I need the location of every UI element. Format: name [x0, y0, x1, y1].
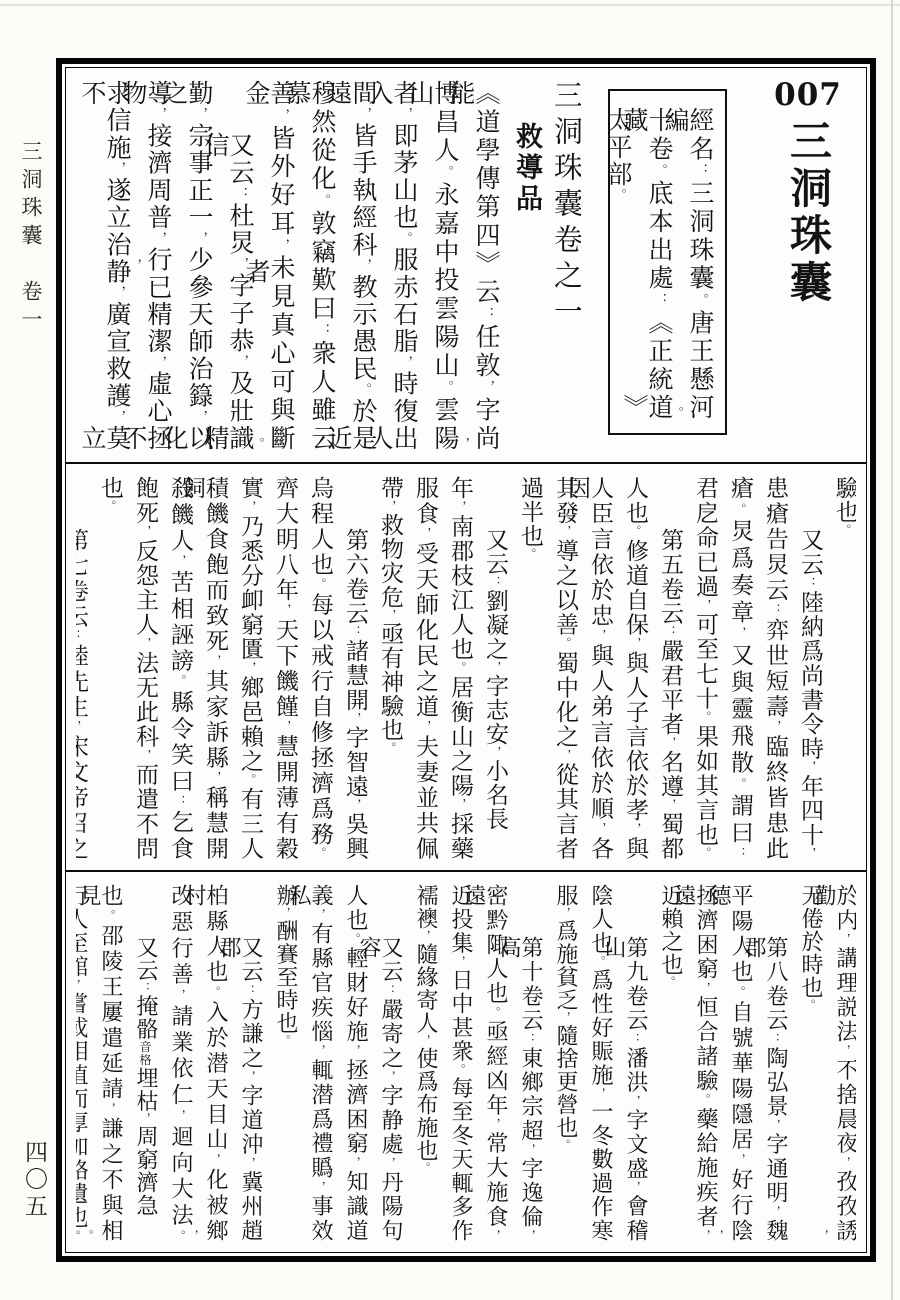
punctuation: 。 [628, 525, 642, 539]
text-column: 服食，受天師化民之道，夫妻並共佩 [410, 476, 436, 860]
punctuation: ， [816, 1230, 830, 1242]
punctuation: ， [838, 1045, 852, 1059]
text-column: 烏程人也。每以戒行自修拯濟爲務。 [305, 476, 331, 860]
punctuation: ， [698, 982, 712, 996]
text-column: 瘡。炅爲奏章，又與靈飛散。謂曰： [725, 476, 751, 860]
punctuation: 。 [652, 164, 667, 180]
punctuation: ， [488, 746, 502, 759]
punctuation: 。 [558, 637, 572, 651]
text-column: 義，有縣官疾惱，輒潜爲禮䞈，事效私 [305, 884, 331, 1242]
text-column: 十卷。底本出處：《正統道藏》 [643, 107, 672, 421]
punctuation: ， [453, 798, 467, 812]
punctuation: 。 [348, 933, 362, 947]
punctuation: 。 [488, 1006, 502, 1020]
punctuation: ， [208, 771, 222, 785]
punctuation: ， [698, 1230, 712, 1242]
text-column: 積饑食飽而致死，其家訴縣，稱慧開飼 [200, 476, 226, 860]
text-column: 第七卷云：陸先生，宋文帝召之 [76, 476, 86, 860]
page-frame-inner: 007 三洞珠囊 經名：三洞珠囊。唐王懸河編。十卷。底本出處：《正統道藏》太平部… [65, 67, 867, 1253]
punctuation: 。 [698, 711, 712, 725]
punctuation: ： [233, 187, 248, 202]
punctuation: ， [663, 798, 677, 811]
punctuation: ， [698, 599, 712, 613]
punctuation: 。 [698, 1094, 712, 1108]
punctuation: ， [313, 1181, 327, 1195]
punctuation: ， [278, 720, 292, 734]
punctuation: ， [593, 822, 607, 836]
punctuation: ： [315, 324, 330, 340]
punctuation: ， [243, 501, 257, 515]
punctuation: 。 [173, 1230, 187, 1242]
punctuation: ， [768, 1119, 782, 1133]
text-column: 《道學傳第四》云：任敦，字尚能， [470, 80, 499, 452]
punctuation: 。 [397, 231, 412, 246]
text-column: 第九卷云：潘洪，字文盛，會稽山 [620, 884, 646, 1242]
punctuation: ， [110, 410, 125, 425]
register-top: 007 三洞珠囊 經名：三洞珠囊。唐王懸河編。十卷。底本出處：《正統道藏》太平部… [66, 68, 866, 462]
punctuation: ： [479, 307, 494, 323]
punctuation: ， [733, 1153, 747, 1168]
punctuation: ， [768, 720, 782, 734]
punctuation: ， [356, 259, 371, 274]
punctuation: ， [138, 1112, 152, 1124]
text-column: 君戹命已過，可至七十。果如其言也。 [690, 476, 716, 860]
punctuation: ， [278, 907, 292, 919]
punctuation: ， [628, 637, 642, 651]
punctuation: ， [110, 286, 125, 301]
punctuation: ， [593, 629, 607, 643]
section-title: 救導品 [511, 80, 540, 452]
text-column: 拯濟困窮，恒合諸驗。藥給施疾者，遠 [690, 884, 716, 1242]
punctuation: ， [397, 355, 412, 370]
text-column: 第五卷云：嚴君平者，名遵，蜀都 [655, 476, 681, 860]
punctuation: 。 [438, 165, 453, 181]
punctuation: ， [138, 749, 152, 763]
text-column: 近投集，日中甚衆。每至冬天輒多作 [445, 884, 471, 1242]
punctuation: ， [208, 1153, 222, 1168]
punctuation: ， [138, 637, 152, 651]
text-column: 間，皆手執經科，教示愚民。於是遠近 [347, 80, 376, 452]
page-frame: 007 三洞珠囊 經名：三洞珠囊。唐王懸河編。十卷。底本出處：《正統道藏》太平部… [56, 58, 876, 1262]
text-column: 善，皆外好耳，未見真心可與斷金者。 [265, 80, 294, 452]
punctuation: ， [383, 500, 397, 513]
punctuation: ， [274, 108, 289, 124]
punctuation: ， [397, 107, 412, 122]
punctuation: ： [488, 576, 502, 589]
text-column: 又云：掩骼音格埋枯，周窮濟急 [130, 884, 156, 1242]
punctuation: ， [558, 749, 572, 763]
punctuation: ， [278, 603, 292, 617]
spine-title: 三洞珠囊 卷一 [16, 140, 46, 336]
punctuation: ， [838, 933, 852, 947]
text-column: 患瘡告炅云：弈世短壽，臨終皆患此 [760, 476, 786, 860]
punctuation: ， [192, 410, 207, 425]
text-column: 行人至館，嘗或相值而厚加賂遺也。 [76, 884, 86, 1242]
scan-edge-top [0, 4, 900, 6]
scanned-book-page: { "margin": { "spine_title": "三洞珠囊 卷一", … [0, 0, 900, 1300]
punctuation: ， [418, 720, 432, 734]
punctuation: ， [138, 525, 152, 539]
punctuation: ， [523, 1143, 537, 1157]
text-column: 第六卷云：諸慧開，字智遠，吳興 [340, 476, 366, 860]
text-column: 辦，酬賽至時也。 [270, 884, 296, 1242]
punctuation: ： [768, 603, 782, 617]
text-column: 密黔陬人也。亟經凶年，常大施食，遠 [480, 884, 506, 1242]
punctuation: ， [348, 1045, 362, 1059]
punctuation: 。 [663, 976, 677, 988]
text-column: 實，乃悉分卹窮匱，鄉邑賴之。有三人 [235, 476, 261, 860]
punctuation: ， [348, 1156, 362, 1170]
punctuation: 。 [76, 1230, 82, 1242]
punctuation: ： [663, 626, 677, 639]
text-column: 又云：劉凝之，字志安，小名長 [480, 476, 506, 860]
punctuation: ： [348, 626, 362, 639]
headline-block: 007 三洞珠囊 [762, 80, 854, 307]
punctuation: 。 [243, 773, 257, 787]
punctuation: ， [313, 1045, 327, 1059]
punctuation: ， [523, 1230, 537, 1242]
punctuation: ： [803, 577, 817, 590]
punctuation: ： [138, 982, 152, 994]
punctuation: 。 [356, 383, 371, 398]
text-column: 也。邵陵王屢遣延請，謙之不與相見。 [95, 884, 121, 1242]
punctuation: 。 [698, 847, 712, 860]
text-column: 殺饑人，苦相誣謗。縣令笑曰：乞食 [165, 476, 191, 860]
punctuation: ， [151, 355, 166, 370]
punctuation: ， [233, 355, 248, 370]
text-columns-bottom: 於内，講理説法，不捨晨夜，孜孜誘勸，无倦於時也。第八卷云：陶弘景，字通明，魏郡平… [76, 884, 856, 1242]
punctuation: 。 [693, 293, 708, 309]
punctuation: 。 [733, 986, 747, 1001]
punctuation: 。 [803, 999, 817, 1011]
punctuation: ： [523, 1033, 537, 1047]
punctuation: 。 [313, 847, 327, 860]
punctuation: 。 [558, 1139, 572, 1151]
text-column: 襦襖，隨緣寄人，使爲布施也。 [410, 884, 436, 1242]
text-column: 勤，宗事正一，少參天師治籙，以之化 [183, 80, 212, 452]
text-column: 年，南郡枝江人也。居衡山之陽，採藥 [445, 476, 471, 860]
text-column: 求信施，遂立治静，廣宣救護，莫不立 [101, 80, 130, 452]
punctuation: ， [733, 627, 747, 643]
punctuation: ， [628, 1181, 642, 1195]
punctuation: ， [628, 823, 642, 837]
scan-edge-right [891, 0, 893, 1300]
punctuation: ， [313, 908, 327, 922]
punctuation: ： [652, 293, 667, 309]
punctuation: ， [803, 761, 817, 774]
punctuation: ， [383, 1071, 397, 1085]
punctuation: 。 [418, 1162, 432, 1174]
punctuation: 。 [278, 1034, 292, 1046]
punctuation: ， [453, 955, 467, 968]
text-column: 改惡行善，請業依仁，迴向大法。 [165, 884, 191, 1242]
text-column: 於内，講理説法，不捨晨夜，孜孜誘勸， [830, 884, 856, 1242]
punctuation: ， [453, 501, 467, 515]
text-column: 者，即茅山也。服赤石脂，時復出入人 [388, 80, 417, 452]
text-column: 經名：三洞珠囊。唐王懸河編。 [684, 107, 713, 421]
text-column: 也。 [95, 476, 121, 860]
punctuation: 。 [453, 662, 467, 676]
text-column: 帶，救物灾危，亟有神驗也。 [375, 476, 401, 860]
text-column: 又云：陸納爲尚書令時，年四十， [795, 476, 821, 860]
punctuation: ： [693, 164, 708, 180]
punctuation: 。 [733, 503, 747, 519]
punctuation: 。 [315, 194, 330, 210]
punctuation: 。 [313, 578, 327, 592]
text-columns-middle: 驗也。又云：陸納爲尚書令時，年四十，患瘡告炅云：弈世短壽，臨終皆患此瘡。炅爲奏章… [76, 476, 856, 860]
catalog-number: 007 [762, 80, 854, 111]
text-column: 人也。輕財好施，拯濟困窮，知識道 [340, 884, 366, 1242]
punctuation: ： [243, 984, 257, 998]
punctuation: ， [558, 1011, 572, 1023]
punctuation: ， [274, 238, 289, 254]
punctuation: 。 [103, 909, 117, 924]
punctuation: 。 [173, 675, 187, 690]
punctuation: ， [243, 662, 257, 676]
text-column: 其發，導之以善。蜀中化之，從其言者 [550, 476, 576, 860]
punctuation: ， [558, 907, 572, 919]
register-bottom: 於内，講理説法，不捨晨夜，孜孜誘勸，无倦於時也。第八卷云：陶弘景，字通明，魏郡平… [66, 870, 866, 1252]
punctuation: ， [348, 712, 362, 725]
punctuation: ， [103, 1102, 117, 1117]
punctuation: ， [76, 720, 82, 734]
punctuation: 。 [611, 188, 626, 203]
text-column: 飽死，反怨主人，法无此科，而遣不問 [130, 476, 156, 860]
punctuation: 。 [453, 1063, 467, 1076]
text-column: 又云：方謙之，字道沖，冀州趙郡 [235, 884, 261, 1242]
punctuation: ， [558, 525, 572, 539]
punctuation: ： [76, 630, 82, 644]
text-column: 柏縣人也。入於潜天目山，化被鄉村， [200, 884, 226, 1242]
punctuation: ， [233, 257, 248, 272]
text-column: 過半也。 [515, 476, 541, 860]
punctuation: ， [356, 107, 371, 122]
text-column: 導，接濟周普，行已精潔，虛心拯物，不 [142, 80, 171, 452]
punctuation: 。 [733, 777, 747, 793]
text-column: 第十卷云：東鄉宗超，字逸倫，高 [515, 884, 541, 1242]
book-title: 三洞珠囊 [787, 119, 829, 307]
punctuation: ， [418, 527, 432, 541]
text-column: 又云：杜炅，字子恭，及壯識信精 [224, 80, 253, 452]
punctuation: 。 [593, 955, 607, 968]
punctuation: ， [488, 1118, 502, 1132]
page-number: 四〇五 [18, 1140, 51, 1221]
punctuation: ， [151, 107, 166, 122]
punctuation: ， [593, 1087, 607, 1100]
punctuation: ， [628, 1095, 642, 1109]
punctuation: ， [151, 231, 166, 246]
inline-annotation: 音格 [138, 1040, 152, 1066]
punctuation: 。 [838, 524, 852, 537]
punctuation: ， [208, 654, 222, 668]
text-column: 人臣言依於忠，與人弟言依於順，各因 [585, 476, 611, 860]
register-middle: 驗也。又云：陸納爲尚書令時，年四十，患瘡告炅云：弈世短壽，臨終皆患此瘡。炅爲奏章… [66, 462, 866, 870]
punctuation: ， [173, 989, 187, 1005]
text-column: 服，爲施貧乏，隨捨更營也。 [550, 884, 576, 1242]
punctuation: ， [803, 847, 817, 860]
text-column: 博昌人。永嘉中投雲陽山。雲陽山 [429, 80, 458, 452]
text-column: 近賴之也。 [655, 884, 681, 1242]
punctuation: ， [383, 609, 397, 622]
chapter-title: 三洞珠囊卷之一 [552, 80, 581, 452]
punctuation: ： [733, 847, 747, 860]
punctuation: ， [418, 1034, 432, 1046]
punctuation: 。 [523, 548, 537, 561]
punctuation: ， [348, 798, 362, 811]
text-column: 穆然從化。敦竊歎曰：衆人雖云慕 [306, 80, 335, 452]
punctuation: ， [76, 979, 82, 992]
punctuation: ， [663, 736, 677, 749]
punctuation: ， [192, 231, 207, 246]
punctuation: ， [479, 380, 494, 396]
punctuation: 。 [208, 986, 222, 1001]
punctuation: 。 [103, 500, 117, 513]
text-column: 又云：嚴寄之，字静處，丹陽句容 [375, 884, 401, 1242]
text-column: 齊大明八年，天下饑饉，慧開薄有穀 [270, 476, 296, 860]
punctuation: 。 [438, 380, 453, 396]
punctuation: ， [488, 1230, 502, 1242]
text-columns-top: 三洞珠囊卷之一救導品《道學傳第四》云：任敦，字尚能，博昌人。永嘉中投雲陽山。雲陽… [76, 80, 581, 452]
punctuation: ， [838, 1156, 852, 1170]
punctuation: ： [173, 795, 187, 810]
punctuation: ， [383, 1157, 397, 1171]
punctuation: ， [192, 107, 207, 122]
punctuation: ： [628, 1033, 642, 1047]
punctuation: ， [418, 930, 432, 942]
punctuation: ， [173, 1109, 187, 1125]
text-column: 陰人也。爲性好賑施，一冬數過作寒 [585, 884, 611, 1242]
text-column: 驗也。 [830, 476, 856, 860]
text-column: 第八卷云：陶弘景，字通明，魏郡 [760, 884, 786, 1242]
text-column: 平陽人也。自號華陽隱居，好行陰德， [725, 884, 751, 1242]
punctuation: 。 [383, 742, 397, 755]
punctuation: ， [243, 1071, 257, 1085]
text-column: 人也。修道自保，與人子言依於孝，與 [620, 476, 646, 860]
punctuation: ： [383, 984, 397, 998]
punctuation: ， [173, 555, 187, 570]
punctuation: ， [768, 1205, 782, 1219]
punctuation: ， [110, 162, 125, 177]
punctuation: ： [768, 1033, 782, 1047]
colophon-box: 經名：三洞珠囊。唐王懸河編。十卷。底本出處：《正統道藏》太平部。 [608, 89, 727, 435]
punctuation: ， [243, 1157, 257, 1171]
punctuation: ， [488, 661, 502, 674]
